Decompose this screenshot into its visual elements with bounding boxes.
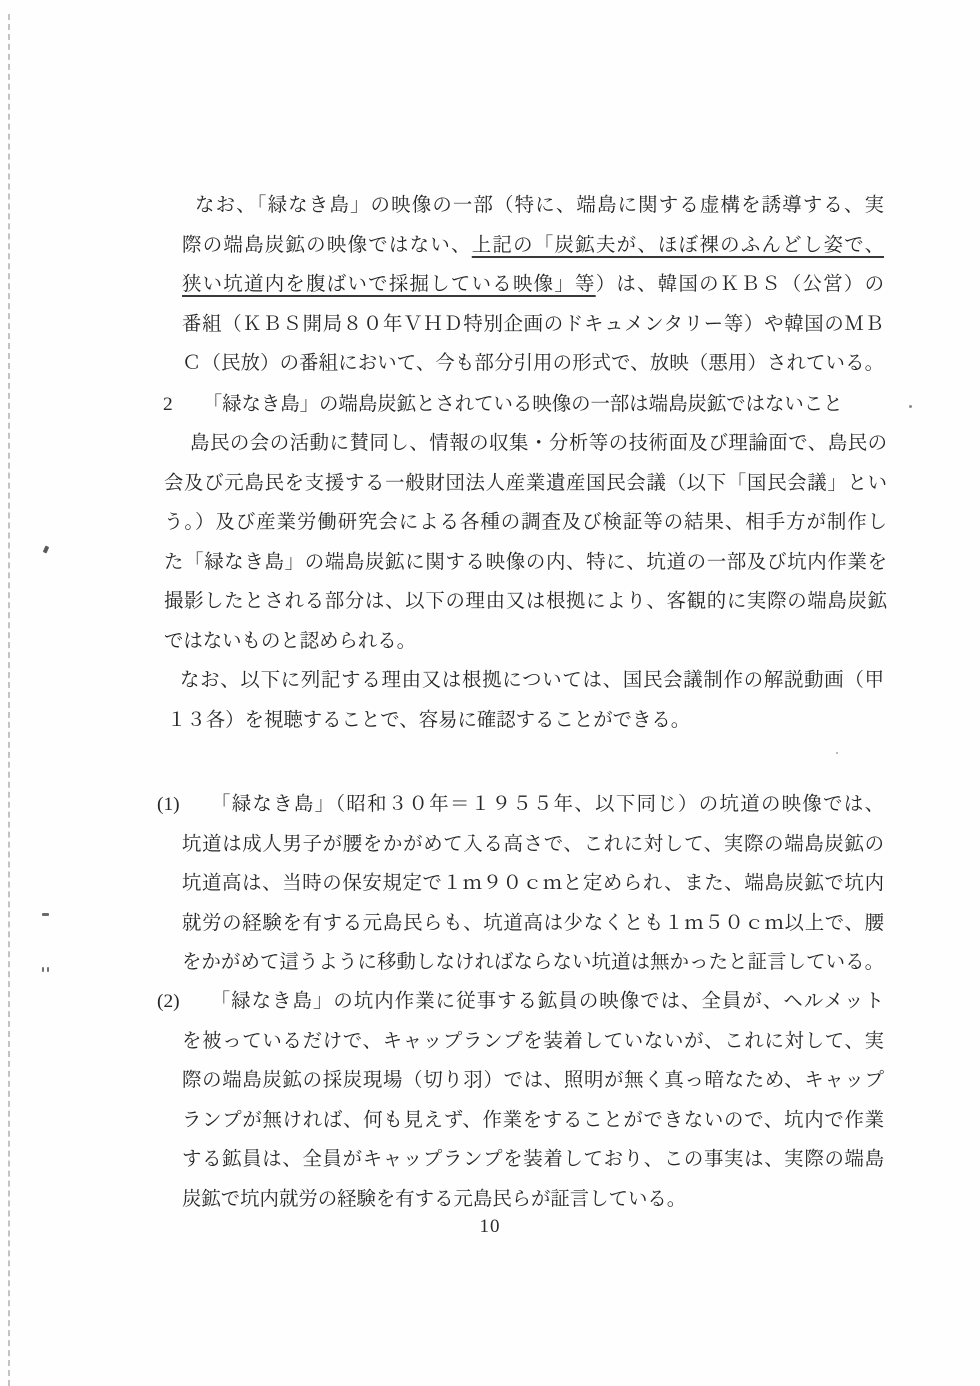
scan-speck xyxy=(42,913,49,916)
text-segment: をかがめて這うように移動しなければならない坑道は無かったと証言している。 xyxy=(182,952,884,973)
label-gap xyxy=(173,409,203,410)
item-label: (2) xyxy=(157,991,180,1012)
text-line: をかがめて這うように移動しなければならない坑道は無かったと証言している。 xyxy=(182,943,884,983)
text-segment: ランプが無ければ、何も見えず、作業をすることができないので、坑内で作業 xyxy=(182,1110,884,1131)
text-line: (1)「緑なき島」（昭和３０年＝１９５５年、以下同じ）の坑道の映像では、 xyxy=(157,785,884,825)
scan-speck xyxy=(909,405,912,408)
text-segment: 「緑なき島」の端島炭鉱とされている映像の一部は端島炭鉱ではないこと xyxy=(203,394,843,415)
text-line: 撮影したとされる部分は、以下の理由又は根拠により、客観的に実際の端島炭鉱 xyxy=(164,582,887,622)
text-line: う。）及び産業労働研究会による各種の調査及び検証等の結果、相手方が制作し xyxy=(164,503,887,543)
text-line: 2「緑なき島」の端島炭鉱とされている映像の一部は端島炭鉱ではないこと xyxy=(163,385,885,425)
label-gap xyxy=(180,1006,210,1007)
text-segment: 会及び元島民を支援する一般財団法人産業遺産国民会議（以下「国民会議」とい xyxy=(164,473,887,494)
text-line: 狭い坑道内を腹ばいで採掘している映像」等）は、韓国のＫＢＳ（公営）の xyxy=(182,265,884,305)
paragraph-kbs-broadcast-note: なお、「緑なき島」の映像の一部（特に、端島に関する虚構を誘導する、実際の端島炭鉱… xyxy=(182,186,884,384)
text-segment: する鉱員は、全員がキャップランプを装着しており、この事実は、実際の端島 xyxy=(182,1149,884,1170)
heading-section-2: 2「緑なき島」の端島炭鉱とされている映像の一部は端島炭鉱ではないこと xyxy=(163,385,885,425)
underlined-text: 狭い坑道内を腹ばいで採掘している映像」等 xyxy=(182,274,596,295)
list-item-1-tunnel-height: (1)「緑なき島」（昭和３０年＝１９５５年、以下同じ）の坑道の映像では、坑道は成… xyxy=(182,785,884,983)
text-segment: なお、「緑なき島」の映像の一部（特に、端島に関する虚構を誘導する、実 xyxy=(195,195,884,216)
text-line: １３各）を視聴することで、容易に確認することができる。 xyxy=(167,701,884,741)
text-segment: 坑道高は、当時の保安規定で１ｍ９０ｃｍと定められ、また、端島炭鉱で坑内 xyxy=(182,873,884,894)
text-line: 坑道は成人男子が腰をかがめて入る高さで、これに対して、実際の端島炭鉱の xyxy=(182,825,884,865)
page-number: 10 xyxy=(0,1216,980,1238)
text-line: 番組（ＫＢＳ開局８０年ＶＨＤ特別企画のドキュメンタリー等）や韓国のＭＢ xyxy=(182,305,884,345)
text-segment: 「緑なき島」の坑内作業に従事する鉱員の映像では、全員が、ヘルメット xyxy=(210,991,884,1012)
text-segment: ではないものと認められる。 xyxy=(164,631,416,652)
text-line: する鉱員は、全員がキャップランプを装着しており、この事実は、実際の端島 xyxy=(182,1140,884,1180)
text-segment: 島民の会の活動に賛同し、情報の収集・分析等の技術面及び理論面で、島民の xyxy=(190,433,887,454)
text-segment: う。）及び産業労働研究会による各種の調査及び検証等の結果、相手方が制作し xyxy=(164,512,887,533)
text-segment: Ｃ（民放）の番組において、今も部分引用の形式で、放映（悪用）されている。 xyxy=(182,353,884,374)
text-segment: 就労の経験を有する元島民らも、坑道高は少なくとも１ｍ５０ｃｍ以上で、腰 xyxy=(182,913,884,934)
text-segment: １３各）を視聴することで、容易に確認することができる。 xyxy=(167,710,690,731)
text-line: 会及び元島民を支援する一般財団法人産業遺産国民会議（以下「国民会議」とい xyxy=(164,464,887,504)
text-segment: 際の端島炭鉱の映像ではない、 xyxy=(182,235,472,256)
text-segment: 坑道は成人男子が腰をかがめて入る高さで、これに対して、実際の端島炭鉱の xyxy=(182,834,884,855)
text-segment: た「緑なき島」の端島炭鉱に関する映像の内、特に、坑道の一部及び坑内作業を xyxy=(164,552,887,573)
text-line: なお、以下に列記する理由又は根拠については、国民会議制作の解説動画（甲 xyxy=(167,661,884,701)
text-line: 際の端島炭鉱の映像ではない、上記の「炭鉱夫が、ほぼ裸のふんどし姿で、 xyxy=(182,226,884,266)
text-line: 坑道高は、当時の保安規定で１ｍ９０ｃｍと定められ、また、端島炭鉱で坑内 xyxy=(182,864,884,904)
text-segment: ）は、韓国のＫＢＳ（公営）の xyxy=(596,274,884,295)
text-line: Ｃ（民放）の番組において、今も部分引用の形式で、放映（悪用）されている。 xyxy=(182,344,884,384)
scan-speck xyxy=(43,545,50,553)
underlined-text: 上記の「炭鉱夫が、ほぼ裸のふんどし姿で、 xyxy=(472,235,884,256)
text-line: た「緑なき島」の端島炭鉱に関する映像の内、特に、坑道の一部及び坑内作業を xyxy=(164,543,887,583)
text-segment: 番組（ＫＢＳ開局８０年ＶＨＤ特別企画のドキュメンタリー等）や韓国のＭＢ xyxy=(182,314,884,335)
text-line: ではないものと認められる。 xyxy=(164,622,887,662)
text-segment: 際の端島炭鉱の採炭現場（切り羽）では、照明が無く真っ暗なため、キャップ xyxy=(182,1070,884,1091)
text-line: なお、「緑なき島」の映像の一部（特に、端島に関する虚構を誘導する、実 xyxy=(182,186,884,226)
list-item-2-cap-lamps: (2)「緑なき島」の坑内作業に従事する鉱員の映像では、全員が、ヘルメットを被って… xyxy=(182,982,884,1219)
text-segment: 撮影したとされる部分は、以下の理由又は根拠により、客観的に実際の端島炭鉱 xyxy=(164,591,887,612)
text-line: 際の端島炭鉱の採炭現場（切り羽）では、照明が無く真っ暗なため、キャップ xyxy=(182,1061,884,1101)
text-line: (2)「緑なき島」の坑内作業に従事する鉱員の映像では、全員が、ヘルメット xyxy=(157,982,884,1022)
text-line: ランプが無ければ、何も見えず、作業をすることができないので、坑内で作業 xyxy=(182,1101,884,1141)
text-segment: 炭鉱で坑内就労の経験を有する元島民らが証言している。 xyxy=(182,1189,686,1210)
item-label: (1) xyxy=(157,794,180,815)
scanned-document-page: なお、「緑なき島」の映像の一部（特に、端島に関する虚構を誘導する、実際の端島炭鉱… xyxy=(0,0,980,1386)
scan-speck xyxy=(42,967,44,972)
paragraph-explanatory-video-note: なお、以下に列記する理由又は根拠については、国民会議制作の解説動画（甲１３各）を… xyxy=(167,661,884,740)
text-line: 島民の会の活動に賛同し、情報の収集・分析等の技術面及び理論面で、島民の xyxy=(164,424,887,464)
text-segment: なお、以下に列記する理由又は根拠については、国民会議制作の解説動画（甲 xyxy=(180,670,884,691)
text-line: を被っているだけで、キャップランプを装着していないが、これに対して、実 xyxy=(182,1022,884,1062)
text-line: 炭鉱で坑内就労の経験を有する元島民らが証言している。 xyxy=(182,1180,884,1220)
text-segment: を被っているだけで、キャップランプを装着していないが、これに対して、実 xyxy=(182,1031,884,1052)
paragraph-kokumin-kaigi-support: 島民の会の活動に賛同し、情報の収集・分析等の技術面及び理論面で、島民の会及び元島… xyxy=(164,424,887,661)
scan-edge-artifact xyxy=(8,14,10,1386)
scan-speck xyxy=(836,752,838,754)
label-gap xyxy=(180,809,210,810)
item-label: 2 xyxy=(163,394,173,415)
text-segment: 「緑なき島」（昭和３０年＝１９５５年、以下同じ）の坑道の映像では、 xyxy=(210,794,884,815)
text-line: 就労の経験を有する元島民らも、坑道高は少なくとも１ｍ５０ｃｍ以上で、腰 xyxy=(182,904,884,944)
